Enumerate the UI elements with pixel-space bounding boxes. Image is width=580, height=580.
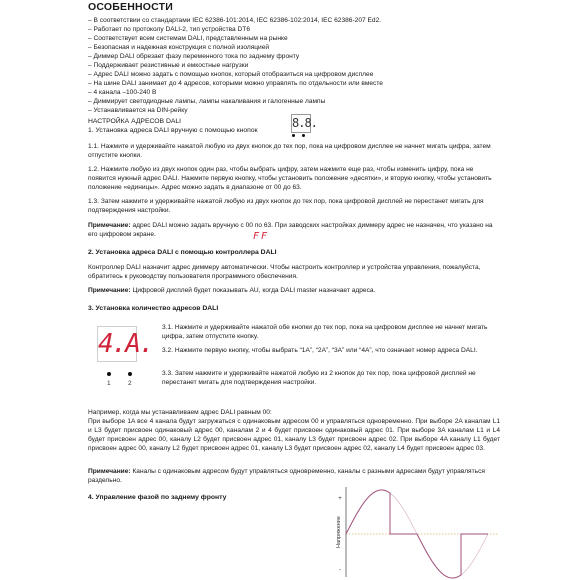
feature-item: – В соответствии со стандартами IEC 6238… [88, 16, 500, 25]
feature-item: – Соответствует всем системам DALI, пред… [88, 34, 500, 43]
step-3-2: 3.2. Нажмите первую кнопку, чтобы выбрат… [162, 347, 497, 356]
button-1-label: 1 [107, 380, 111, 387]
feature-item: – Поддерживает резистивные и емкостные н… [88, 61, 500, 70]
button-dot-2 [302, 134, 305, 137]
section3-title: 3. Установка количество адресов DALI [88, 305, 218, 312]
note-1: Примечание: адрес DALI можно задать вруч… [88, 222, 500, 240]
button-dot-1 [107, 372, 111, 376]
feature-item: – Диммер DALI обрезает фазу переменного … [88, 52, 500, 61]
voltage-axis-label: Напряжение [336, 516, 342, 548]
feature-item: – На шине DALI занимает до 4 адресов, ко… [88, 79, 500, 88]
minus-label: - [339, 567, 341, 573]
step-1-2: 1.2. Нажмите любую из двух кнопок один р… [88, 166, 500, 193]
button-dot-2 [128, 372, 132, 376]
plus-label: + [338, 496, 342, 502]
address-count-display: 4.A. [97, 326, 137, 362]
feature-item: – Работает по протоколу DALI-2, тип устр… [88, 25, 500, 34]
features-list: – В соответствии со стандартами IEC 6238… [88, 16, 500, 116]
feature-item: – Диммирует светодиодные лампы, лампы на… [88, 97, 500, 106]
example-intro: Например, когда мы устанавливаем адрес D… [88, 409, 500, 418]
note-text: Цифровой дисплей будет показывать AU, ко… [131, 287, 376, 294]
button-2-label: 2 [128, 380, 132, 387]
feature-item: – Безопасная и надежная конструкция с по… [88, 43, 500, 52]
step-1-3: 1.3. Затем нажмите и удерживайте нажатой… [88, 198, 500, 216]
example-text: При выборе 1A все 4 канала будут загружа… [88, 418, 500, 454]
section2-title: 2. Установка адреса DALI с помощью контр… [88, 249, 277, 256]
step-3-1: 3.1. Нажмите и удерживайте нажатой обе к… [162, 324, 497, 342]
small-digit-display: 8.8. [291, 114, 311, 133]
button-dot-1 [292, 134, 295, 137]
note-label: Примечание: [88, 222, 131, 229]
step-3-3: 3.3. Затем нажмите и удерживайте нажатой… [162, 370, 497, 388]
note-text: Каналы с одинаковым адресом будут управл… [88, 468, 485, 484]
step-1-1: 1.1. Нажмите и удерживайте нажатой любую… [88, 143, 500, 161]
note-2: Примечание: Цифровой дисплей будет показ… [88, 287, 500, 296]
feature-item: – 4 канала –100-240 В [88, 88, 500, 97]
section2-text: Контроллер DALI назначит адрес диммеру а… [88, 264, 500, 282]
ff-display: FF [253, 231, 269, 242]
note-3: Примечание: Каналы с одинаковым адресом … [88, 468, 500, 486]
note-label: Примечание: [88, 468, 131, 475]
note-text: адрес DALI можно задать вручную с 00 по … [88, 222, 493, 238]
trailing-edge-waveform: + - Напряжение [330, 485, 500, 580]
section4-title: 4. Управление фазой по заднему фронту [88, 494, 226, 501]
features-title: ОСОБЕННОСТИ [88, 1, 173, 13]
note-label: Примечание: [88, 287, 131, 294]
feature-item: – Адрес DALI можно задать с помощью кноп… [88, 70, 500, 79]
